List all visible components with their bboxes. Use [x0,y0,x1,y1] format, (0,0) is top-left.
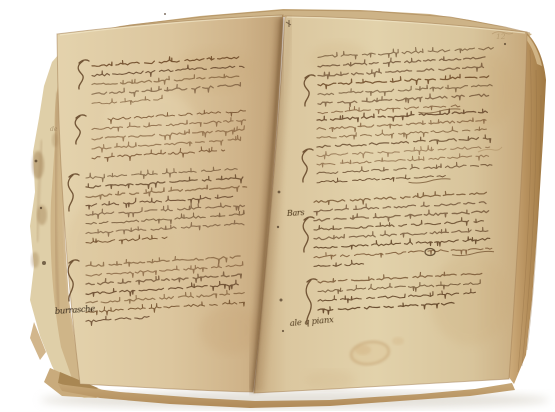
margin-note-bars: Bars [286,208,305,218]
folio-number: 12 [496,32,506,41]
manuscript-spread: burrasche de Bars ale q pianx 12 [0,0,555,412]
margin-note-de: de [50,126,58,133]
manuscript-photo-canvas: burrasche de Bars ale q pianx 12 [0,0,555,412]
